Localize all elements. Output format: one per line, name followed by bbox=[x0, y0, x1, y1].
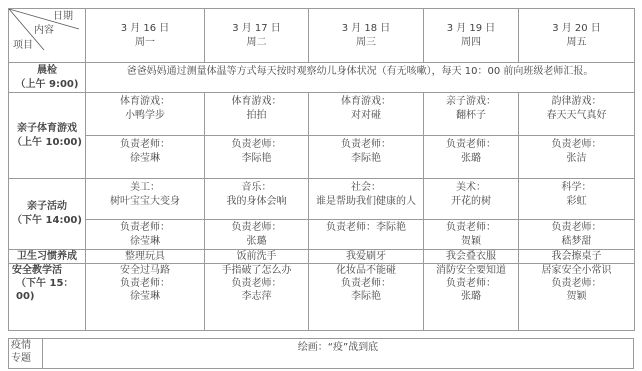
activity-cell: 科学：彩虹 bbox=[519, 179, 635, 220]
weekly-schedule-table: 日期 内容 项目 3 月 16 日 周一 3 月 17 日 周二 3 月 18 … bbox=[8, 8, 635, 331]
pe-games-activity-row: 亲子体育游戏 （上午 10:00) 体育游戏：小鸭学步 体育游戏：拍拍 体育游戏… bbox=[9, 93, 635, 136]
activity-type: 亲子游戏： bbox=[424, 95, 518, 109]
safety-cell: 手指破了怎么办负责老师：李志萍 bbox=[205, 264, 309, 331]
day-date: 3 月 16 日 bbox=[86, 22, 204, 36]
epidemic-content: 绘画：“疫”战到底 bbox=[43, 339, 634, 369]
epidemic-label-line2: 专题 bbox=[11, 352, 42, 365]
safety-cell: 居家安全小常识负责老师：贺颖 bbox=[519, 264, 635, 331]
teacher-cell: 负责老师：贺颖 bbox=[424, 220, 519, 250]
day-header-tue: 3 月 17 日 周二 bbox=[205, 9, 309, 63]
corner-header-cell: 日期 内容 项目 bbox=[9, 9, 86, 63]
row-time: （上午 9:00) bbox=[9, 78, 85, 92]
teacher-name: 张璐 bbox=[424, 152, 518, 166]
activity-type: 韵律游戏： bbox=[519, 95, 634, 109]
safety-cell: 安全过马路负责老师：徐莹琳 bbox=[86, 264, 205, 331]
row-label: 晨检 bbox=[9, 64, 85, 78]
epidemic-topic-table: 疫情 专题 绘画：“疫”战到底 bbox=[8, 338, 634, 369]
day-date: 3 月 19 日 bbox=[424, 22, 518, 36]
epidemic-row: 疫情 专题 绘画：“疫”战到底 bbox=[9, 339, 634, 369]
safety-cell: 消防安全要知道负责老师：张璐 bbox=[424, 264, 519, 331]
morning-check-row: 晨检 （上午 9:00) 爸爸妈妈通过测量体温等方式每天按时观察幼儿身体状况（有… bbox=[9, 63, 635, 93]
activity-type: 体育游戏： bbox=[309, 95, 423, 109]
teacher-name: 贺颖 bbox=[424, 235, 518, 249]
day-date: 3 月 20 日 bbox=[519, 22, 634, 36]
teacher-cell: 负责老师：徐莹琳 bbox=[86, 136, 205, 179]
teacher-cell: 负责老师：张洁 bbox=[519, 136, 635, 179]
teacher-label: 负责老师： bbox=[424, 277, 518, 290]
teacher-name: 徐莹琳 bbox=[86, 235, 204, 249]
teacher-label: 负责老师： bbox=[205, 277, 308, 290]
activity-cell: 亲子游戏：翻杯子 bbox=[424, 93, 519, 136]
teacher-label: 负责老师： bbox=[86, 221, 204, 235]
activity-name: 安全过马路 bbox=[86, 264, 204, 277]
teacher-label: 负责老师： bbox=[519, 138, 634, 152]
day-header-fri: 3 月 20 日 周五 bbox=[519, 9, 635, 63]
corner-content-label: 内容 bbox=[34, 24, 54, 38]
activity-type: 体育游戏： bbox=[205, 95, 308, 109]
hygiene-label: 卫生习惯养成 bbox=[9, 250, 86, 264]
activity-type: 美工： bbox=[86, 181, 204, 195]
activity-type: 音乐： bbox=[205, 181, 308, 195]
activity-cell: 社会：谁是帮助我们健康的人 bbox=[309, 179, 424, 220]
activity-name: 我的身体会响 bbox=[205, 195, 308, 209]
row-time: （下午 14:00) bbox=[9, 214, 85, 228]
pe-games-teacher-row: 负责老师：徐莹琳 负责老师：李际艳 负责老师：李际艳 负责老师：张璐 负责老师：… bbox=[9, 136, 635, 179]
safety-cell: 化妆品不能碰负责老师：李际艳 bbox=[309, 264, 424, 331]
teacher-label: 负责老师： bbox=[424, 221, 518, 235]
row-label: 亲子体育游戏 bbox=[9, 122, 85, 136]
teacher-name: 李际艳 bbox=[309, 152, 423, 166]
activity-cell: 音乐：我的身体会响 bbox=[205, 179, 309, 220]
activity-name: 手指破了怎么办 bbox=[205, 264, 308, 277]
teacher-cell: 负责老师：嵇梦甜 bbox=[519, 220, 635, 250]
teacher-name: 贺颖 bbox=[519, 290, 634, 303]
safety-label-cell: 安全教学活 （下午 15：00) bbox=[9, 264, 86, 331]
corner-item-label: 项目 bbox=[13, 39, 33, 53]
hygiene-item: 饭前洗手 bbox=[205, 250, 309, 264]
teacher-name: 李志萍 bbox=[205, 290, 308, 303]
hygiene-item: 我会叠衣服 bbox=[424, 250, 519, 264]
teacher-cell: 负责老师：张璐 bbox=[424, 136, 519, 179]
activity-name: 拍拍 bbox=[205, 109, 308, 123]
activity-name: 彩虹 bbox=[519, 195, 634, 209]
morning-check-label-cell: 晨检 （上午 9:00) bbox=[9, 63, 86, 93]
day-weekday: 周二 bbox=[205, 36, 308, 50]
activity-name: 翻杯子 bbox=[424, 109, 518, 123]
row-time: （上午 10:00) bbox=[9, 136, 85, 150]
teacher-name: 张璐 bbox=[424, 290, 518, 303]
activity-cell: 美工：树叶宝宝大变身 bbox=[86, 179, 205, 220]
teacher-cell: 负责老师：李际艳 bbox=[205, 136, 309, 179]
parent-child-teacher-row: 负责老师：徐莹琳 负责老师：张璐 负责老师：李际艳 负责老师：贺颖 负责老师：嵇… bbox=[9, 220, 635, 250]
activity-cell: 体育游戏：对对碰 bbox=[309, 93, 424, 136]
activity-name: 对对碰 bbox=[309, 109, 423, 123]
teacher-label: 负责老师： bbox=[519, 221, 634, 235]
hygiene-item: 我会擦桌子 bbox=[519, 250, 635, 264]
teacher-name: 李际艳 bbox=[205, 152, 308, 166]
hygiene-item: 我爱刷牙 bbox=[309, 250, 424, 264]
hygiene-item: 整理玩具 bbox=[86, 250, 205, 264]
teacher-label: 负责老师： bbox=[86, 138, 204, 152]
day-header-thu: 3 月 19 日 周四 bbox=[424, 9, 519, 63]
activity-type: 社会： bbox=[309, 181, 423, 195]
activity-cell: 体育游戏：拍拍 bbox=[205, 93, 309, 136]
teacher-label: 负责老师： bbox=[205, 138, 308, 152]
row-label: 亲子活动 bbox=[9, 200, 85, 214]
teacher-name: 嵇梦甜 bbox=[519, 235, 634, 249]
pe-games-label-cell: 亲子体育游戏 （上午 10:00) bbox=[9, 93, 86, 179]
teacher-label: 负责老师： bbox=[424, 138, 518, 152]
activity-name: 开花的树 bbox=[424, 195, 518, 209]
activity-type: 美术： bbox=[424, 181, 518, 195]
activity-cell: 美术：开花的树 bbox=[424, 179, 519, 220]
epidemic-label-cell: 疫情 专题 bbox=[9, 339, 43, 369]
teacher-label: 负责老师： bbox=[309, 138, 423, 152]
teacher-cell: 负责老师：徐莹琳 bbox=[86, 220, 205, 250]
day-date: 3 月 18 日 bbox=[309, 22, 423, 36]
activity-name: 谁是帮助我们健康的人 bbox=[309, 195, 423, 209]
activity-name: 消防安全要知道 bbox=[424, 264, 518, 277]
row-label: 安全教学活 bbox=[12, 264, 85, 277]
day-weekday: 周三 bbox=[309, 36, 423, 50]
day-header-wed: 3 月 18 日 周三 bbox=[309, 9, 424, 63]
teacher-label: 负责老师： bbox=[519, 277, 634, 290]
teacher-cell: 负责老师：张璐 bbox=[205, 220, 309, 250]
activity-cell: 韵律游戏：春天天气真好 bbox=[519, 93, 635, 136]
activity-name: 化妆品不能碰 bbox=[309, 264, 423, 277]
day-weekday: 周五 bbox=[519, 36, 634, 50]
teacher-label: 负责老师： bbox=[205, 221, 308, 235]
activity-type: 体育游戏： bbox=[86, 95, 204, 109]
teacher-label: 负责老师： bbox=[309, 277, 423, 290]
teacher-label: 负责老师：李际艳 bbox=[309, 221, 423, 235]
day-header-mon: 3 月 16 日 周一 bbox=[86, 9, 205, 63]
activity-type: 科学： bbox=[519, 181, 634, 195]
hygiene-row: 卫生习惯养成 整理玩具 饭前洗手 我爱刷牙 我会叠衣服 我会擦桌子 bbox=[9, 250, 635, 264]
epidemic-label-line1: 疫情 bbox=[11, 339, 42, 352]
activity-name: 树叶宝宝大变身 bbox=[86, 195, 204, 209]
safety-row: 安全教学活 （下午 15：00) 安全过马路负责老师：徐莹琳 手指破了怎么办负责… bbox=[9, 264, 635, 331]
activity-name: 居家安全小常识 bbox=[519, 264, 634, 277]
morning-check-content: 爸爸妈妈通过测量体温等方式每天按时观察幼儿身体状况（有无咳嗽），每天 10：00… bbox=[86, 63, 635, 93]
teacher-name: 徐莹琳 bbox=[86, 290, 204, 303]
day-date: 3 月 17 日 bbox=[205, 22, 308, 36]
teacher-name: 张璐 bbox=[205, 235, 308, 249]
parent-child-activity-row: 亲子活动 （下午 14:00) 美工：树叶宝宝大变身 音乐：我的身体会响 社会：… bbox=[9, 179, 635, 220]
row-time: （下午 15：00) bbox=[12, 277, 85, 303]
teacher-name: 张洁 bbox=[519, 152, 634, 166]
teacher-name: 李际艳 bbox=[309, 290, 423, 303]
header-row: 日期 内容 项目 3 月 16 日 周一 3 月 17 日 周二 3 月 18 … bbox=[9, 9, 635, 63]
activity-name: 春天天气真好 bbox=[519, 109, 634, 123]
teacher-cell: 负责老师：李际艳 bbox=[309, 220, 424, 250]
teacher-label: 负责老师： bbox=[86, 277, 204, 290]
teacher-name: 徐莹琳 bbox=[86, 152, 204, 166]
teacher-cell: 负责老师：李际艳 bbox=[309, 136, 424, 179]
day-weekday: 周四 bbox=[424, 36, 518, 50]
day-weekday: 周一 bbox=[86, 36, 204, 50]
corner-date-label: 日期 bbox=[53, 10, 73, 24]
activity-name: 小鸭学步 bbox=[86, 109, 204, 123]
parent-child-activity-label-cell: 亲子活动 （下午 14:00) bbox=[9, 179, 86, 250]
activity-cell: 体育游戏：小鸭学步 bbox=[86, 93, 205, 136]
